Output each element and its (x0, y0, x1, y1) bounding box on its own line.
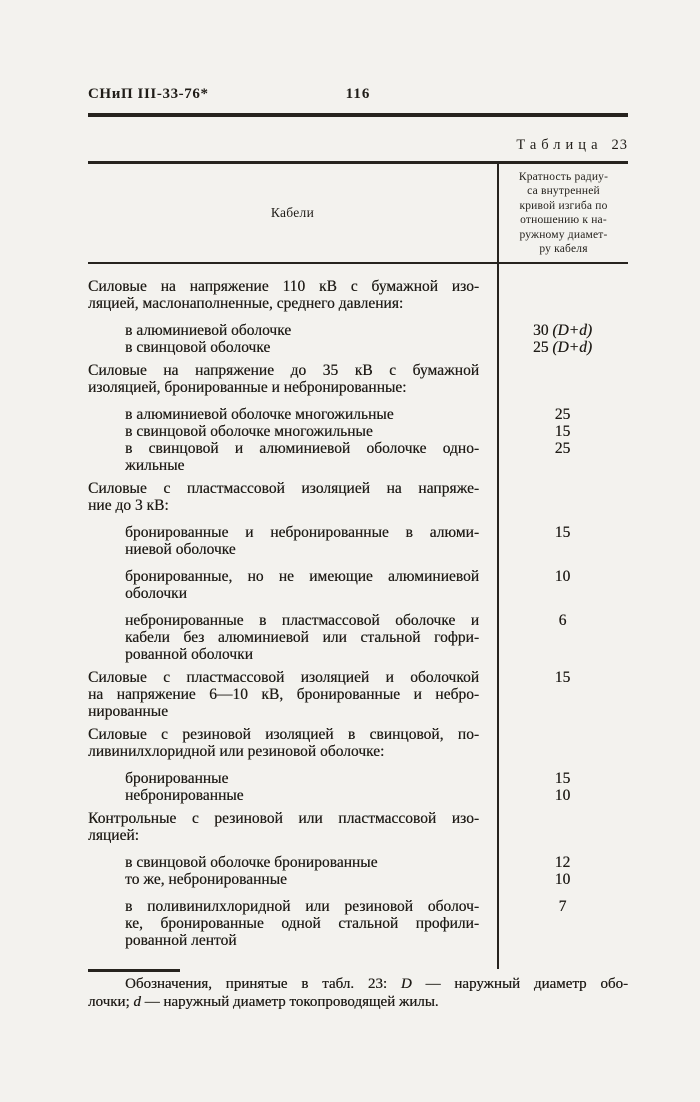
row-value: 15 (497, 669, 628, 686)
table-row: в свинцовой оболочке 25 (D+d) (88, 339, 628, 356)
row-label: бронированные и небронированные в алюми-… (88, 524, 497, 558)
row-value: 25 (D+d) (497, 339, 628, 356)
table-row: в свинцовой оболочке бронированные 12 (88, 854, 628, 871)
row-value-number: 10 (555, 568, 571, 585)
row-value: 15 (497, 770, 628, 787)
footnote-text: — наружный диаметр токопроводящей жилы. (141, 994, 439, 1010)
row-value-number: 10 (555, 871, 571, 888)
row-label-line: бронированные (125, 770, 479, 787)
table: Кабели Кратность радиу-са внутреннейкрив… (88, 161, 628, 969)
column-header-ratio-line: кривой изгиба по (519, 199, 607, 214)
column-header-ratio: Кратность радиу-са внутреннейкривой изги… (497, 164, 628, 262)
column-header-cables: Кабели (88, 164, 497, 262)
row-label: Силовые на напряжение до 35 кВ с бумажно… (88, 362, 497, 396)
row-label-line: в свинцовой оболочке (125, 339, 479, 356)
row-label-line: рованной оболочки (125, 646, 479, 663)
row-label: Контрольные с резиновой или пластмассово… (88, 810, 497, 844)
table-row: в свинцовой и алюминиевой оболочке одно-… (88, 440, 628, 474)
row-label-line: ниевой оболочке (125, 541, 479, 558)
row-value-number: 12 (555, 854, 571, 871)
column-header-ratio-line: Кратность радиу- (519, 170, 608, 185)
column-header-ratio-line: ру кабеля (539, 242, 587, 257)
row-label-line: изоляцией, бронированные и небронированн… (88, 379, 479, 396)
footnote: Обозначения, принятые в табл. 23: D — на… (88, 976, 628, 1011)
column-header-ratio-line: ружному диамет- (519, 228, 607, 243)
row-label: бронированные, но не имеющие алюминиевой… (88, 568, 497, 602)
table-row: небронированные в пластмассовой оболочке… (88, 612, 628, 663)
table-row: Силовые с пластмассовой изоляцией на нап… (88, 480, 628, 514)
footnote-text: лочки; (88, 994, 133, 1010)
header-rule (88, 113, 628, 117)
symbol-D: D (401, 976, 412, 992)
footnote-rule (88, 969, 180, 972)
row-value-formula: (D+d) (548, 322, 592, 339)
scanned-page: СНиП III-33-76* 116 Таблица23 Кабели Кра… (0, 0, 700, 1102)
row-label-line: Силовые с резиновой изоляцией в свинцово… (88, 726, 479, 743)
symbol-d: d (133, 994, 141, 1010)
table-row: Контрольные с резиновой или пластмассово… (88, 810, 628, 844)
row-value-number: 7 (559, 898, 567, 915)
row-label: Силовые с пластмассовой изоляцией на нап… (88, 480, 497, 514)
footnote-text: Обозначения, принятые в табл. 23: (125, 976, 401, 992)
row-label-line: ке, бронированные одной стальной профили… (125, 915, 479, 932)
running-header: СНиП III-33-76* 116 (88, 86, 628, 106)
table-row: Силовые с пластмассовой изоляцией и обол… (88, 669, 628, 720)
table-row: в алюминиевой оболочке многожильные 25 (88, 406, 628, 423)
row-label-line: Силовые с пластмассовой изоляцией на нап… (88, 480, 479, 497)
row-value-number: 15 (555, 524, 571, 541)
column-header-ratio-line: отношению к на- (520, 213, 607, 228)
row-label: в свинцовой оболочке бронированные (88, 854, 497, 871)
footnote-line-1: Обозначения, принятые в табл. 23: D — на… (88, 976, 628, 994)
row-value: 25 (497, 406, 628, 423)
table-row: Силовые с резиновой изоляцией в свинцово… (88, 726, 628, 760)
table-header-row: Кабели Кратность радиу-са внутреннейкрив… (88, 164, 628, 264)
row-value-number: 25 (555, 406, 571, 423)
row-label: в свинцовой оболочке (88, 339, 497, 356)
row-label: в свинцовой оболочке многожильные (88, 423, 497, 440)
row-value: 25 (497, 440, 628, 457)
footnote-line-2: лочки; d — наружный диаметр токопроводящ… (88, 994, 628, 1012)
row-label-line: в поливинилхлоридной или резиновой оболо… (125, 898, 479, 915)
table-caption: Таблица23 (88, 136, 628, 154)
column-header-ratio-line: са внутренней (527, 184, 600, 199)
row-label: небронированные (88, 787, 497, 804)
row-value-number: 25 (555, 440, 571, 457)
row-label-line: рованной лентой (125, 932, 479, 949)
row-label-line: то же, небронированные (125, 871, 479, 888)
row-value: 6 (497, 612, 628, 629)
row-label: небронированные в пластмассовой оболочке… (88, 612, 497, 663)
row-value-number: 30 (533, 322, 549, 339)
row-value-number: 15 (555, 669, 571, 686)
row-value: 10 (497, 568, 628, 585)
row-value-number: 15 (555, 770, 571, 787)
row-value-formula: (D+d) (548, 339, 592, 356)
row-value: 30 (D+d) (497, 322, 628, 339)
row-label-line: ляцией, маслонаполненные, среднего давле… (88, 295, 479, 312)
row-label-line: ляцией: (88, 827, 479, 844)
row-label-line: бронированные и небронированные в алюми- (125, 524, 479, 541)
row-label-line: в алюминиевой оболочке (125, 322, 479, 339)
row-label: в свинцовой и алюминиевой оболочке одно-… (88, 440, 497, 474)
table-row: бронированные 15 (88, 770, 628, 787)
row-label-line: в свинцовой и алюминиевой оболочке одно- (125, 440, 479, 457)
row-label-line: жильные (125, 457, 479, 474)
row-value-number: 15 (555, 423, 571, 440)
row-label-line: кабели без алюминиевой или стальной гофр… (125, 629, 479, 646)
row-value: 12 (497, 854, 628, 871)
row-label: Силовые с резиновой изоляцией в свинцово… (88, 726, 497, 760)
row-label: в поливинилхлоридной или резиновой оболо… (88, 898, 497, 949)
row-value: 7 (497, 898, 628, 915)
row-label-line: нированные (88, 703, 479, 720)
row-label: в алюминиевой оболочке многожильные (88, 406, 497, 423)
row-label: в алюминиевой оболочке (88, 322, 497, 339)
row-label-line: Контрольные с резиновой или пластмассово… (88, 810, 479, 827)
table-row: небронированные 10 (88, 787, 628, 804)
table-row: то же, небронированные 10 (88, 871, 628, 888)
row-label-line: Силовые на напряжение 110 кВ с бумажной … (88, 278, 479, 295)
row-value-number: 6 (559, 612, 567, 629)
row-value: 15 (497, 423, 628, 440)
row-label-line: небронированные в пластмассовой оболочке… (125, 612, 479, 629)
row-label-line: в свинцовой оболочке бронированные (125, 854, 479, 871)
table-row: в поливинилхлоридной или резиновой оболо… (88, 898, 628, 949)
row-label-line: на напряжение 6—10 кВ, бронированные и н… (88, 686, 479, 703)
row-value: 10 (497, 787, 628, 804)
row-label-line: ние до 3 кВ: (88, 497, 479, 514)
page-number: 116 (88, 86, 628, 103)
row-label-line: ливинилхлоридной или резиновой оболочке: (88, 743, 479, 760)
table-caption-word: Таблица (516, 137, 602, 153)
row-value-number: 10 (555, 787, 571, 804)
table-row: бронированные и небронированные в алюми-… (88, 524, 628, 558)
row-label: то же, небронированные (88, 871, 497, 888)
row-label-line: в свинцовой оболочке многожильные (125, 423, 479, 440)
row-label-line: оболочки (125, 585, 479, 602)
row-value: 10 (497, 871, 628, 888)
row-label-line: в алюминиевой оболочке многожильные (125, 406, 479, 423)
row-label: Силовые на напряжение 110 кВ с бумажной … (88, 278, 497, 312)
table-row: в алюминиевой оболочке 30 (D+d) (88, 322, 628, 339)
table-row: бронированные, но не имеющие алюминиевой… (88, 568, 628, 602)
row-value-number: 25 (533, 339, 549, 356)
table-body: Силовые на напряжение 110 кВ с бумажной … (88, 264, 628, 969)
row-label-line: Силовые с пластмассовой изоляцией и обол… (88, 669, 479, 686)
row-label-line: небронированные (125, 787, 479, 804)
table-caption-number: 23 (612, 137, 629, 153)
row-value: 15 (497, 524, 628, 541)
row-label: Силовые с пластмассовой изоляцией и обол… (88, 669, 497, 720)
table-row: Силовые на напряжение до 35 кВ с бумажно… (88, 362, 628, 396)
row-label-line: Силовые на напряжение до 35 кВ с бумажно… (88, 362, 479, 379)
table-row: Силовые на напряжение 110 кВ с бумажной … (88, 278, 628, 312)
table-row: в свинцовой оболочке многожильные 15 (88, 423, 628, 440)
page-content: СНиП III-33-76* 116 Таблица23 Кабели Кра… (88, 86, 628, 1011)
row-label: бронированные (88, 770, 497, 787)
row-label-line: бронированные, но не имеющие алюминиевой (125, 568, 479, 585)
footnote-text: — наружный диаметр обо- (412, 976, 628, 992)
